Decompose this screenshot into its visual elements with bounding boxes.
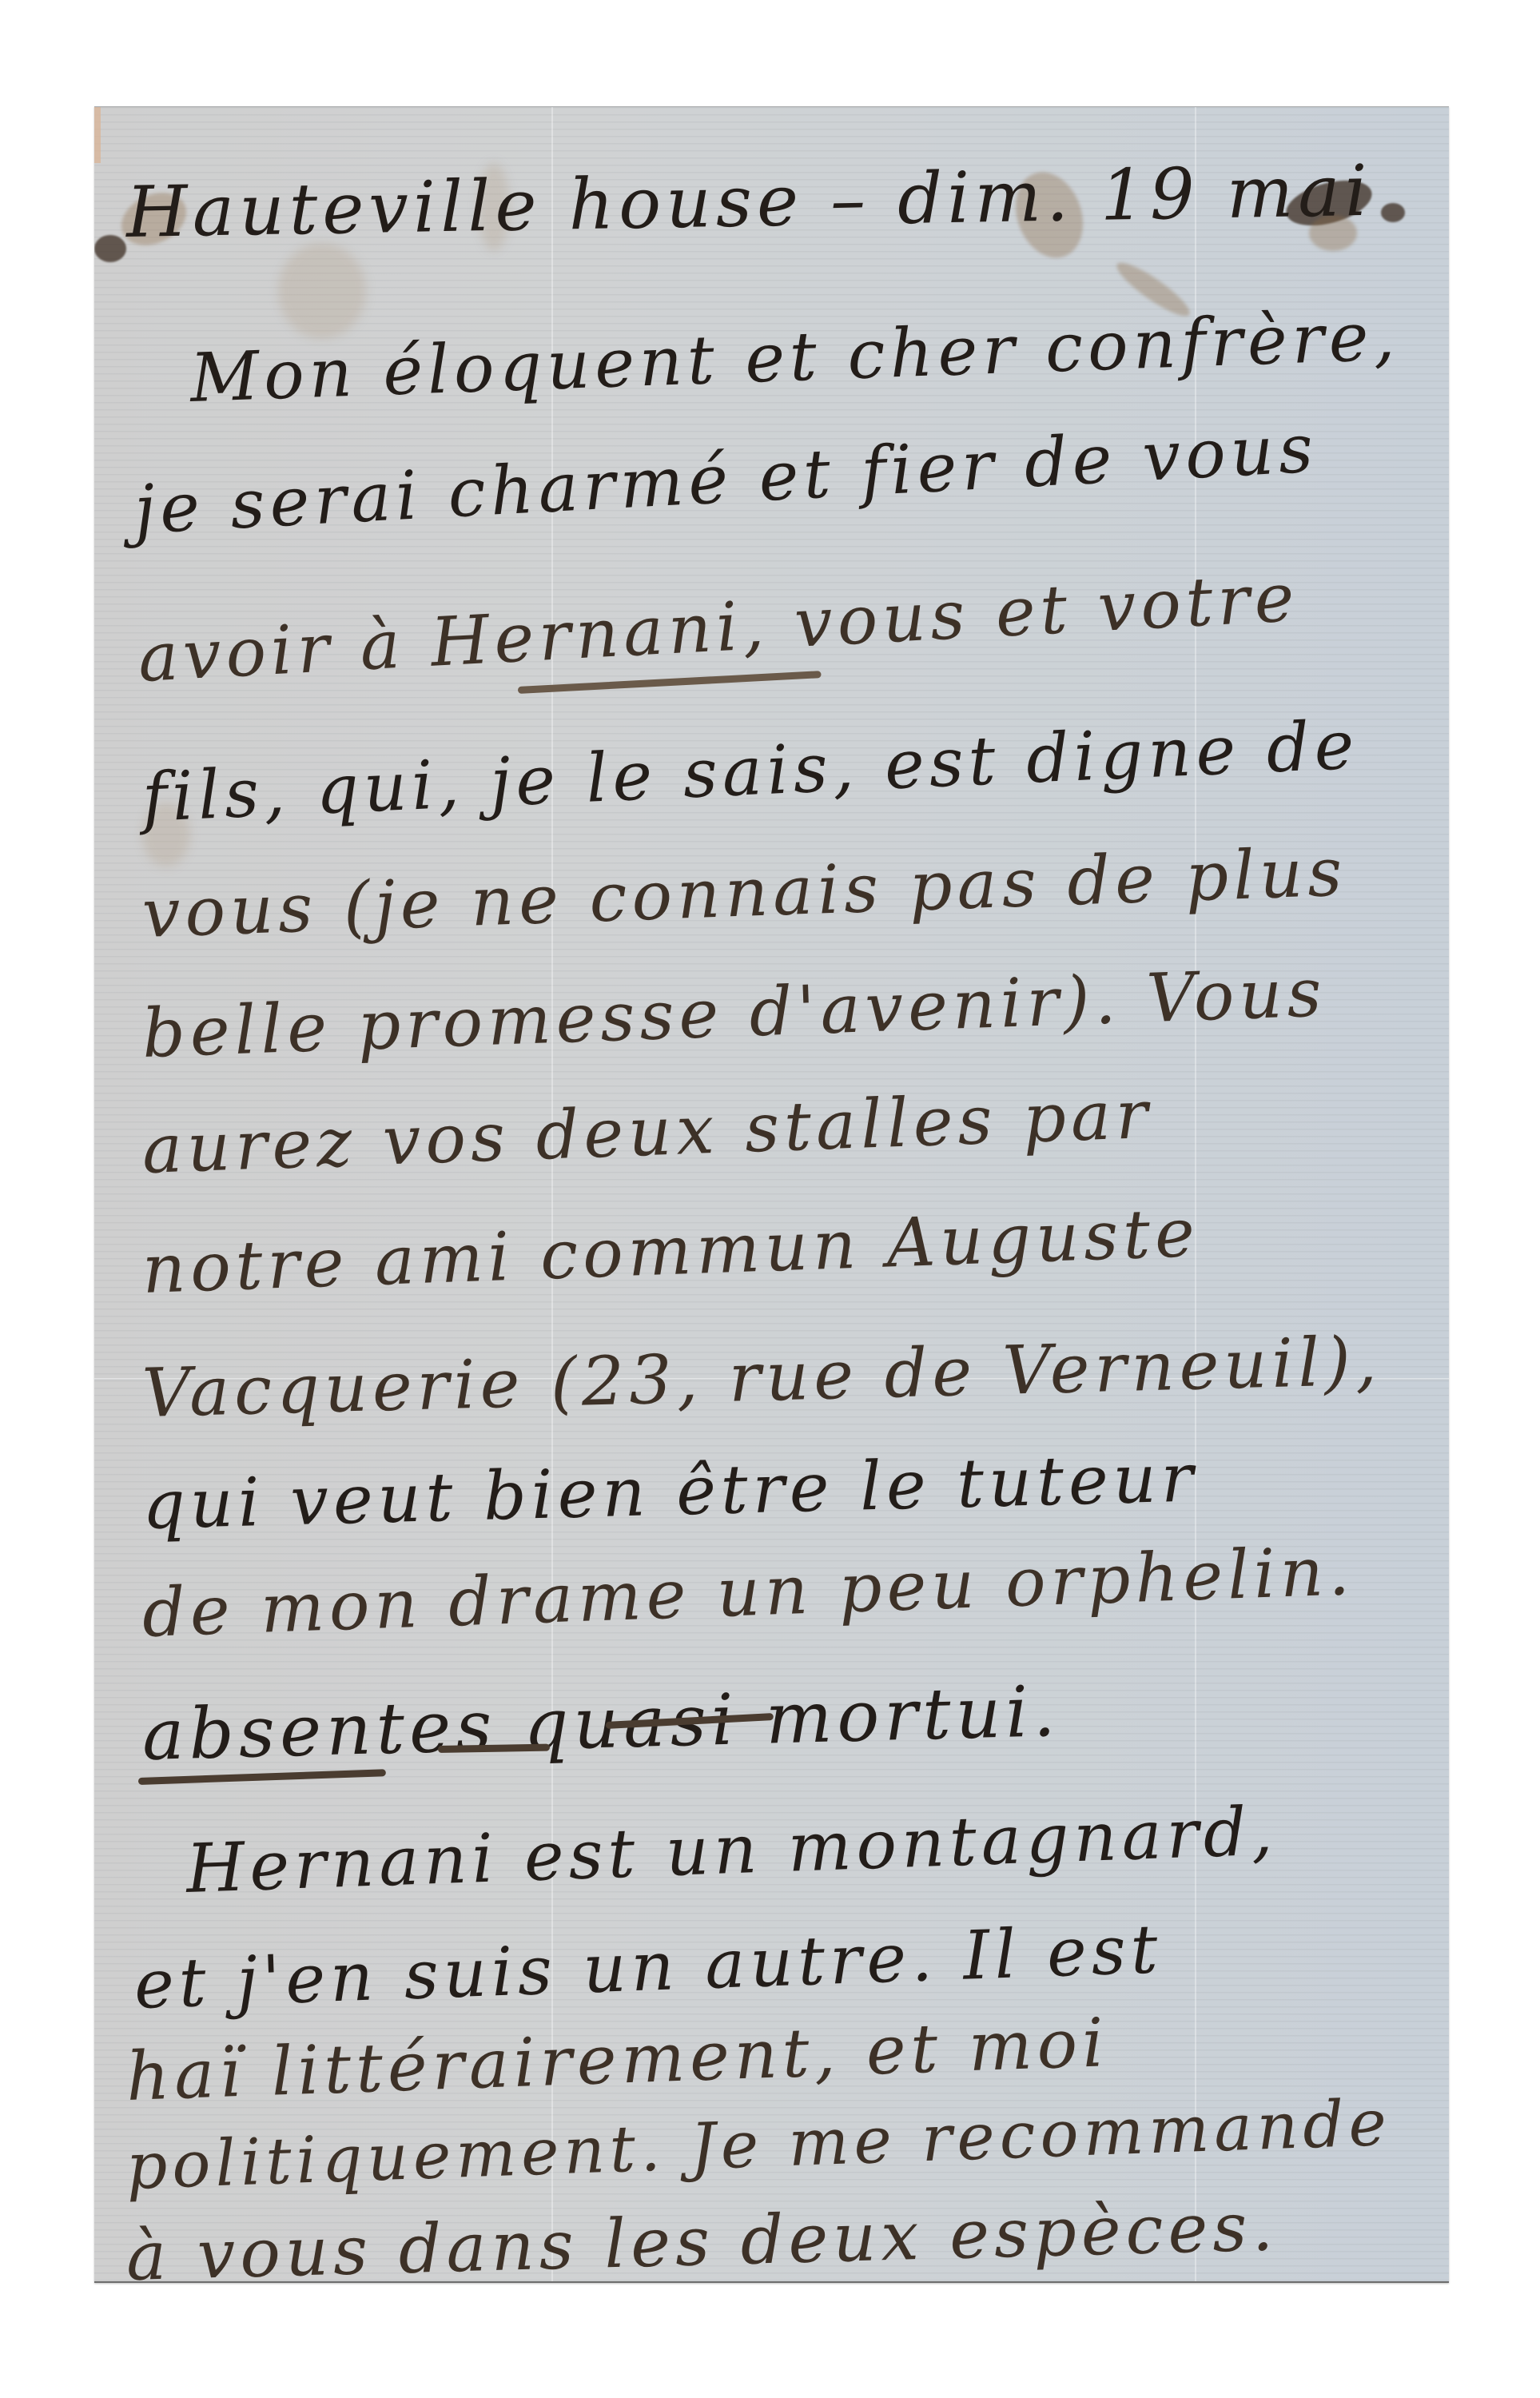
- letter-line: aurez vos deux stalles par: [141, 1075, 1153, 1189]
- letter-line: Hernani est un montagnard,: [185, 1791, 1278, 1908]
- heading-date: dim. 19 mai: [897, 149, 1373, 240]
- letter-line: vous (je ne connais pas de plus: [141, 832, 1347, 953]
- heading-separator: –: [830, 158, 871, 241]
- letter-line: je serai charmé et fier de vous: [132, 408, 1319, 548]
- letter-line: fils, qui, je le sais, est digne de: [141, 706, 1360, 837]
- letter-line: qui veut bien être le tuteur: [141, 1438, 1199, 1544]
- letter-line: haï littérairement, et moi: [125, 2003, 1109, 2116]
- letter-heading: Hauteville house – dim. 19 mai: [125, 149, 1372, 253]
- letter-line: de mon drame un peu orphelin.: [141, 1532, 1355, 1652]
- letter-line-latin: absentes quasi mortui.: [141, 1670, 1061, 1776]
- letter-line: Mon éloquent et cher confrère,: [189, 297, 1400, 417]
- heading-place: Hauteville house: [125, 159, 804, 253]
- ink-blot: [1381, 203, 1405, 222]
- letter-line: belle promesse d'avenir). Vous: [141, 953, 1327, 1073]
- paper-corner-stain: [94, 107, 101, 163]
- ink-blot: [94, 235, 126, 262]
- letter-sheet: Hauteville house – dim. 19 mai Mon éloqu…: [94, 106, 1449, 2283]
- letter-line: à vous dans les deux espèces.: [125, 2187, 1279, 2283]
- water-stain: [278, 243, 366, 339]
- letter-line: notre ami commun Auguste: [141, 1193, 1200, 1309]
